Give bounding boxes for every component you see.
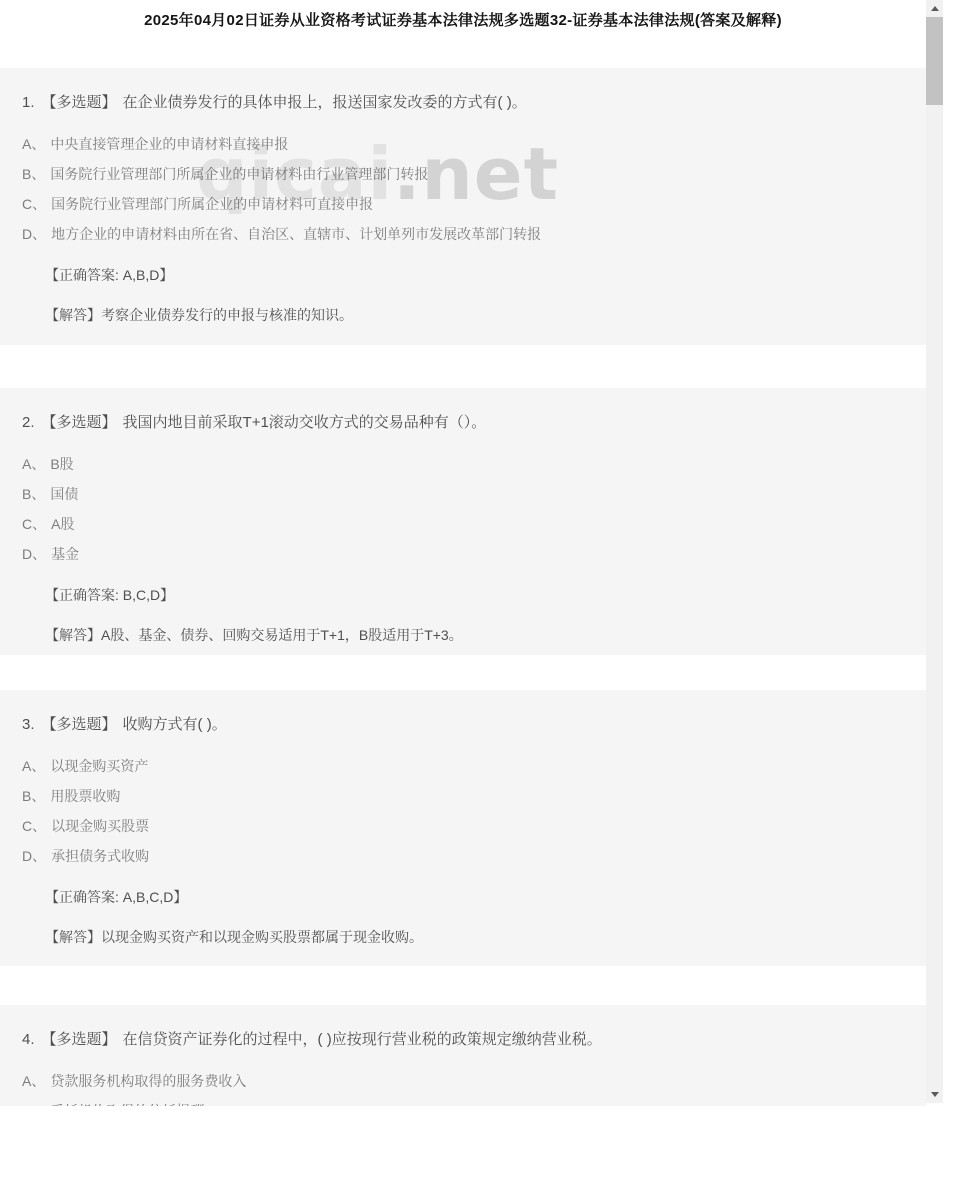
option-item: D、地方企业的申请材料由所在省、自治区、直辖市、计划单列市发展改革部门转报: [22, 219, 906, 249]
option-text: 贷款服务机构取得的服务费收入: [50, 1073, 246, 1089]
option-label: B、: [22, 486, 45, 502]
option-item: D、承担债务式收购: [22, 841, 906, 871]
explanation-line: 【解答】A股、基金、债券、回购交易适用于T+1，B股适用于T+3。: [45, 625, 906, 645]
option-text: 国债: [50, 486, 78, 502]
question-card-4: 4.【多选题】在信贷资产证券化的过程中，( )应按现行营业税的政策规定缴纳营业税…: [0, 1005, 926, 1106]
option-label: C、: [22, 196, 46, 212]
option-item: C、A股: [22, 509, 906, 539]
question-card-2: 2.【多选题】我国内地目前采取T+1滚动交收方式的交易品种有（）。 A、B股 B…: [0, 388, 926, 655]
question-type-label: 【多选题】: [42, 94, 117, 111]
scroll-up-icon: [931, 6, 939, 11]
explanation-line: 【解答】以现金购买资产和以现金购买股票都属于现金收购。: [45, 927, 906, 947]
answer-line: 【正确答案: A,B,D】: [45, 265, 906, 285]
option-item: D、基金: [22, 539, 906, 569]
option-label: A、: [22, 136, 45, 152]
option-item: C、国务院行业管理部门所属企业的申请材料可直接申报: [22, 189, 906, 219]
question-type-label: 【多选题】: [42, 1031, 117, 1048]
option-text: 国务院行业管理部门所属企业的申请材料可直接申报: [51, 196, 373, 212]
question-stem: 在信贷资产证券化的过程中，( )应按现行营业税的政策规定缴纳营业税。: [123, 1031, 602, 1048]
option-item: A、以现金购买资产: [22, 751, 906, 781]
option-item: A、贷款服务机构取得的服务费收入: [22, 1066, 906, 1096]
option-text: 国务院行业管理部门所属企业的申请材料由行业管理部门转报: [50, 166, 428, 182]
question-type-label: 【多选题】: [42, 716, 117, 733]
option-label: A、: [22, 456, 45, 472]
scroll-down-icon: [931, 1092, 939, 1097]
option-label: B、: [22, 788, 45, 804]
option-label: A、: [22, 1073, 45, 1089]
option-label: B、: [22, 166, 45, 182]
question-text: 3.【多选题】收购方式有( )。: [22, 714, 906, 735]
option-item: B、国务院行业管理部门所属企业的申请材料由行业管理部门转报: [22, 159, 906, 189]
question-text: 4.【多选题】在信贷资产证券化的过程中，( )应按现行营业税的政策规定缴纳营业税…: [22, 1029, 906, 1050]
option-text: B股: [50, 456, 73, 472]
answer-line: 【正确答案: B,C,D】: [45, 585, 906, 605]
option-label: D、: [22, 226, 46, 242]
option-label: C、: [22, 818, 46, 834]
explanation-line: 【解答】考察企业债券发行的申报与核准的知识。: [45, 305, 906, 325]
option-text: 用股票收购: [50, 788, 120, 804]
question-text: 2.【多选题】我国内地目前采取T+1滚动交收方式的交易品种有（）。: [22, 412, 906, 433]
question-number: 1.: [22, 94, 35, 111]
option-label: D、: [22, 546, 46, 562]
option-item: B、国债: [22, 479, 906, 509]
option-item: C、以现金购买股票: [22, 811, 906, 841]
page-title: 2025年04月02日证券从业资格考试证券基本法律法规多选题32-证券基本法律法…: [0, 9, 926, 30]
option-text: 中央直接管理企业的申请材料直接申报: [50, 136, 288, 152]
option-item: A、B股: [22, 449, 906, 479]
question-stem: 在企业债券发行的具体申报上，报送国家发改委的方式有( )。: [123, 94, 527, 111]
option-text: 以现金购买资产: [50, 758, 148, 774]
question-number: 3.: [22, 716, 35, 733]
question-stem: 我国内地目前采取T+1滚动交收方式的交易品种有（）。: [123, 414, 487, 431]
scroll-up-button[interactable]: [926, 0, 943, 17]
option-text: A股: [51, 516, 74, 532]
question-number: 2.: [22, 414, 35, 431]
option-text: 地方企业的申请材料由所在省、自治区、直辖市、计划单列市发展改革部门转报: [51, 226, 541, 242]
question-number: 4.: [22, 1031, 35, 1048]
option-label: A、: [22, 758, 45, 774]
answer-line: 【正确答案: A,B,C,D】: [45, 887, 906, 907]
option-label: C、: [22, 516, 46, 532]
option-label: D、: [22, 848, 46, 864]
question-card-3: 3.【多选题】收购方式有( )。 A、以现金购买资产 B、用股票收购 C、以现金…: [0, 690, 926, 966]
option-item: B、受托机构取得的信托报酬: [22, 1096, 906, 1106]
option-item: A、中央直接管理企业的申请材料直接申报: [22, 129, 906, 159]
option-label: B、: [22, 1103, 45, 1106]
option-item: B、用股票收购: [22, 781, 906, 811]
option-text: 以现金购买股票: [51, 818, 149, 834]
option-text: 承担债务式收购: [51, 848, 149, 864]
option-text: 基金: [51, 546, 79, 562]
scrollbar-thumb[interactable]: [926, 17, 943, 105]
question-card-1: 1.【多选题】在企业债券发行的具体申报上，报送国家发改委的方式有( )。 A、中…: [0, 68, 926, 345]
option-text: 受托机构取得的信托报酬: [50, 1103, 204, 1106]
scrollbar[interactable]: [926, 0, 943, 1103]
question-type-label: 【多选题】: [42, 414, 117, 431]
scroll-down-button[interactable]: [926, 1086, 943, 1103]
question-text: 1.【多选题】在企业债券发行的具体申报上，报送国家发改委的方式有( )。: [22, 92, 906, 113]
question-stem: 收购方式有( )。: [123, 716, 227, 733]
